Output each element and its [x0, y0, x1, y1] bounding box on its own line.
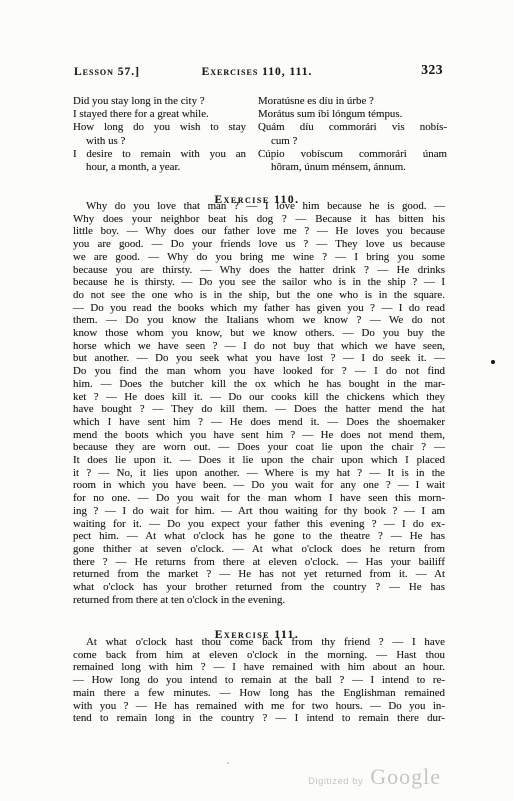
text-line: Do you find the man whom you have looked…: [73, 365, 445, 378]
text-line: I stayed there for a great while.: [73, 108, 246, 121]
text-line: How long do you wish to stay: [73, 121, 246, 134]
text-line: Did you stay long in the city ?: [73, 95, 246, 108]
page-number: 323: [421, 62, 443, 78]
text-line: returned from there at ten o'clock in th…: [73, 594, 445, 607]
phrase-row: I desire to remain with you an hour, a m…: [73, 148, 447, 174]
latin-phrase: Moratúsne es díu in úrbe ?: [258, 95, 447, 108]
text-line: because you are thirsty. — Why does the …: [73, 264, 445, 277]
text-line: what o'clock has your brother returned f…: [73, 581, 445, 594]
text-line: because they are worn out. — Does your c…: [73, 441, 445, 454]
latin-phrase: Morátus sum íbi lóngum témpus.: [258, 108, 447, 121]
text-line: — How long do you intend to remain at th…: [73, 674, 445, 687]
phrase-row: I stayed there for a great while. Morátu…: [73, 108, 447, 121]
text-line: At what o'clock hast thou come back from…: [73, 636, 445, 649]
english-phrase: I desire to remain with you an hour, a m…: [73, 148, 258, 174]
text-line: hôram, únum ménsem, ánnum.: [258, 161, 447, 174]
latin-phrase: Cúpio vobíscum commorári únam hôram, únu…: [258, 148, 447, 174]
english-phrase: Did you stay long in the city ?: [73, 95, 258, 108]
text-line: Moratúsne es díu in úrbe ?: [258, 95, 447, 108]
text-line: which I have sent him ? — He does mend i…: [73, 416, 445, 429]
latin-phrase: Quám díu commorári vis nobís- cum ?: [258, 121, 447, 147]
text-line: Why does your neighbor beat his dog ? — …: [73, 213, 445, 226]
text-line: I desire to remain with you an: [73, 148, 246, 161]
text-line: know those whom you know, but we know ot…: [73, 327, 445, 340]
text-line: gone thither at seven o'clock. — At what…: [73, 543, 445, 556]
text-line: but another. — Do you seek what you have…: [73, 352, 445, 365]
google-logo-text: Google: [370, 764, 441, 790]
text-line: little boy. — Why does our father love m…: [73, 225, 445, 238]
text-line: returned from the market ? — He has not …: [73, 568, 445, 581]
ink-speckle: [227, 762, 229, 764]
text-line: Why do you love that man ? — I love him …: [73, 200, 445, 213]
text-line: do not see the one who is in the ship, b…: [73, 289, 445, 302]
exercise-111-paragraph: At what o'clock hast thou come back from…: [73, 636, 445, 725]
text-line: there ? — He returns from there at eleve…: [73, 556, 445, 569]
text-line: them. — Do you know the Italians whom we…: [73, 314, 445, 327]
text-line: It does lie upon it. — Does it lie upon …: [73, 454, 445, 467]
digitized-by-label: Digitized by: [308, 776, 363, 787]
scanned-book-page: Lesson 57.] Exercises 110, 111. 323 Did …: [0, 0, 514, 801]
text-line: ket ? — He does kill it. — Do our cooks …: [73, 391, 445, 404]
text-line: horse which we have seen ? — I do not bu…: [73, 340, 445, 353]
text-line: with you ? — He has remained with me for…: [73, 700, 445, 713]
text-line: ing ? — I do wait for him. — Art thou wa…: [73, 505, 445, 518]
text-line: for no one. — Do you wait for the man wh…: [73, 492, 445, 505]
text-line: room in which you have been. — Do you wa…: [73, 479, 445, 492]
exercise-110-paragraph: Why do you love that man ? — I love him …: [73, 200, 445, 607]
text-line: it ? — No, it lies upon another. — Where…: [73, 467, 445, 480]
phrase-table: Did you stay long in the city ? Moratúsn…: [73, 95, 447, 174]
text-line: pect him. — At what o'clock has he gone …: [73, 530, 445, 543]
text-line: tend to remain long in the country ? — I…: [73, 712, 445, 725]
text-line: Cúpio vobíscum commorári únam: [258, 148, 447, 161]
text-line: — Do you read the books which my father …: [73, 302, 445, 315]
text-line: we are good. — Why do you bring me wine …: [73, 251, 445, 264]
ink-speckle: [491, 360, 495, 364]
text-line: with us ?: [73, 135, 246, 148]
english-phrase: How long do you wish to stay with us ?: [73, 121, 258, 147]
text-line: cum ?: [258, 135, 447, 148]
text-line: Morátus sum íbi lóngum témpus.: [258, 108, 447, 121]
text-line: come back from him at eleven o'clock in …: [73, 649, 445, 662]
text-line: main there a few minutes. — How long has…: [73, 687, 445, 700]
text-line: hour, a month, a year.: [73, 161, 246, 174]
text-line: him. — Does the butcher kill the ox whic…: [73, 378, 445, 391]
text-line: you are good. — Do your friends love us …: [73, 238, 445, 251]
text-line: have bought ? — They do kill them. — Doe…: [73, 403, 445, 416]
phrase-row: Did you stay long in the city ? Moratúsn…: [73, 95, 447, 108]
english-phrase: I stayed there for a great while.: [73, 108, 258, 121]
text-line: mend the boots which you have sent him ?…: [73, 429, 445, 442]
phrase-row: How long do you wish to stay with us ? Q…: [73, 121, 447, 147]
text-line: waiting for it. — Do you expect your fat…: [73, 518, 445, 531]
google-watermark: Digitized by Google: [308, 764, 441, 790]
text-line: Quám díu commorári vis nobís-: [258, 121, 447, 134]
text-line: remained long with him ? — I have remain…: [73, 661, 445, 674]
text-line: because he is thirsty. — Do you see the …: [73, 276, 445, 289]
